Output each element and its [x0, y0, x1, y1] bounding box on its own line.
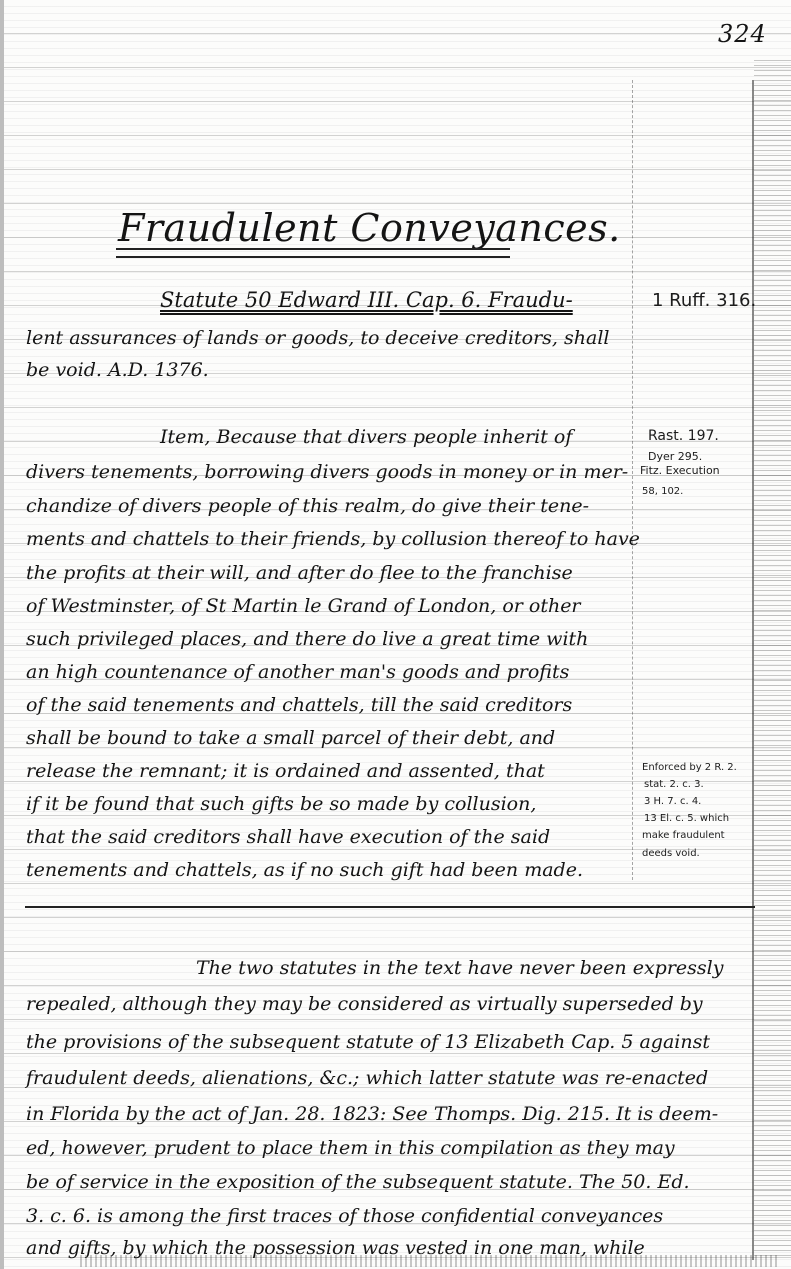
manuscript-page: 324 Fraudulent Conveyances. Statute 50 E… — [0, 0, 791, 1269]
statute-text-line: Item, Because that divers people inherit… — [160, 425, 572, 449]
statute-text-line: such privileged places, and there do liv… — [26, 627, 588, 651]
statute-text-line: if it be found that such gifts be so mad… — [26, 792, 536, 816]
statute-text-line: tenements and chattels, as if no such gi… — [26, 858, 583, 882]
commentary-line: ed, however, prudent to place them in th… — [26, 1136, 675, 1160]
statute-heading-line-3: be void. A.D. 1376. — [26, 358, 209, 382]
scan-noise-bottom — [80, 1255, 780, 1267]
margin-note: make fraudulent — [642, 830, 725, 841]
commentary-line: fraudulent deeds, alienations, &c.; whic… — [26, 1066, 708, 1090]
statute-heading-line-2: lent assurances of lands or goods, to de… — [26, 326, 609, 350]
section-separator — [25, 906, 755, 908]
statute-text-line: of the said tenements and chattels, till… — [26, 693, 572, 717]
margin-ref-ruffhead: 1 Ruff. 316. — [652, 290, 756, 311]
statute-text-line: chandize of divers people of this realm,… — [26, 494, 589, 518]
statute-text-line: that the said creditors shall have execu… — [26, 825, 550, 849]
commentary-line: the provisions of the subsequent statute… — [26, 1030, 710, 1054]
margin-note: 13 El. c. 5. which — [644, 813, 729, 824]
scan-edge — [0, 0, 4, 1269]
statute-text-line: divers tenements, borrowing divers goods… — [26, 460, 628, 484]
margin-note: stat. 2. c. 3. — [644, 779, 704, 790]
margin-note-rast: Rast. 197. — [648, 428, 719, 444]
statute-text-line: an high countenance of another man's goo… — [26, 660, 569, 684]
margin-note-enforced: Enforced by 2 R. 2. — [642, 762, 737, 773]
statute-heading-line-1: Statute 50 Edward III. Cap. 6. Fraudu- — [160, 288, 573, 312]
margin-rule-inner — [632, 80, 633, 880]
commentary-line: be of service in the exposition of the s… — [26, 1170, 690, 1194]
scan-noise-right — [754, 60, 791, 1260]
commentary-line: repealed, although they may be considere… — [26, 992, 703, 1016]
page-number: 324 — [718, 20, 767, 48]
margin-note-fitz-pages: 58, 102. — [642, 486, 683, 497]
margin-note-dyer: Dyer 295. — [648, 450, 702, 463]
statute-text-line: release the remnant; it is ordained and … — [26, 759, 545, 783]
page-title: Fraudulent Conveyances. — [118, 206, 621, 250]
commentary-line: in Florida by the act of Jan. 28. 1823: … — [26, 1102, 718, 1126]
commentary-line: 3. c. 6. is among the first traces of th… — [26, 1204, 663, 1228]
statute-text-line: ments and chattels to their friends, by … — [26, 527, 640, 551]
margin-note: 3 H. 7. c. 4. — [644, 796, 701, 807]
margin-note: deeds void. — [642, 848, 700, 859]
margin-note-fitz: Fitz. Execution — [640, 464, 720, 477]
statute-text-line: shall be bound to take a small parcel of… — [26, 726, 555, 750]
title-underline — [116, 248, 510, 258]
statute-text-line: the profits at their will, and after do … — [26, 561, 573, 585]
commentary-line: The two statutes in the text have never … — [196, 956, 723, 980]
statute-text-line: of Westminster, of St Martin le Grand of… — [26, 594, 581, 618]
